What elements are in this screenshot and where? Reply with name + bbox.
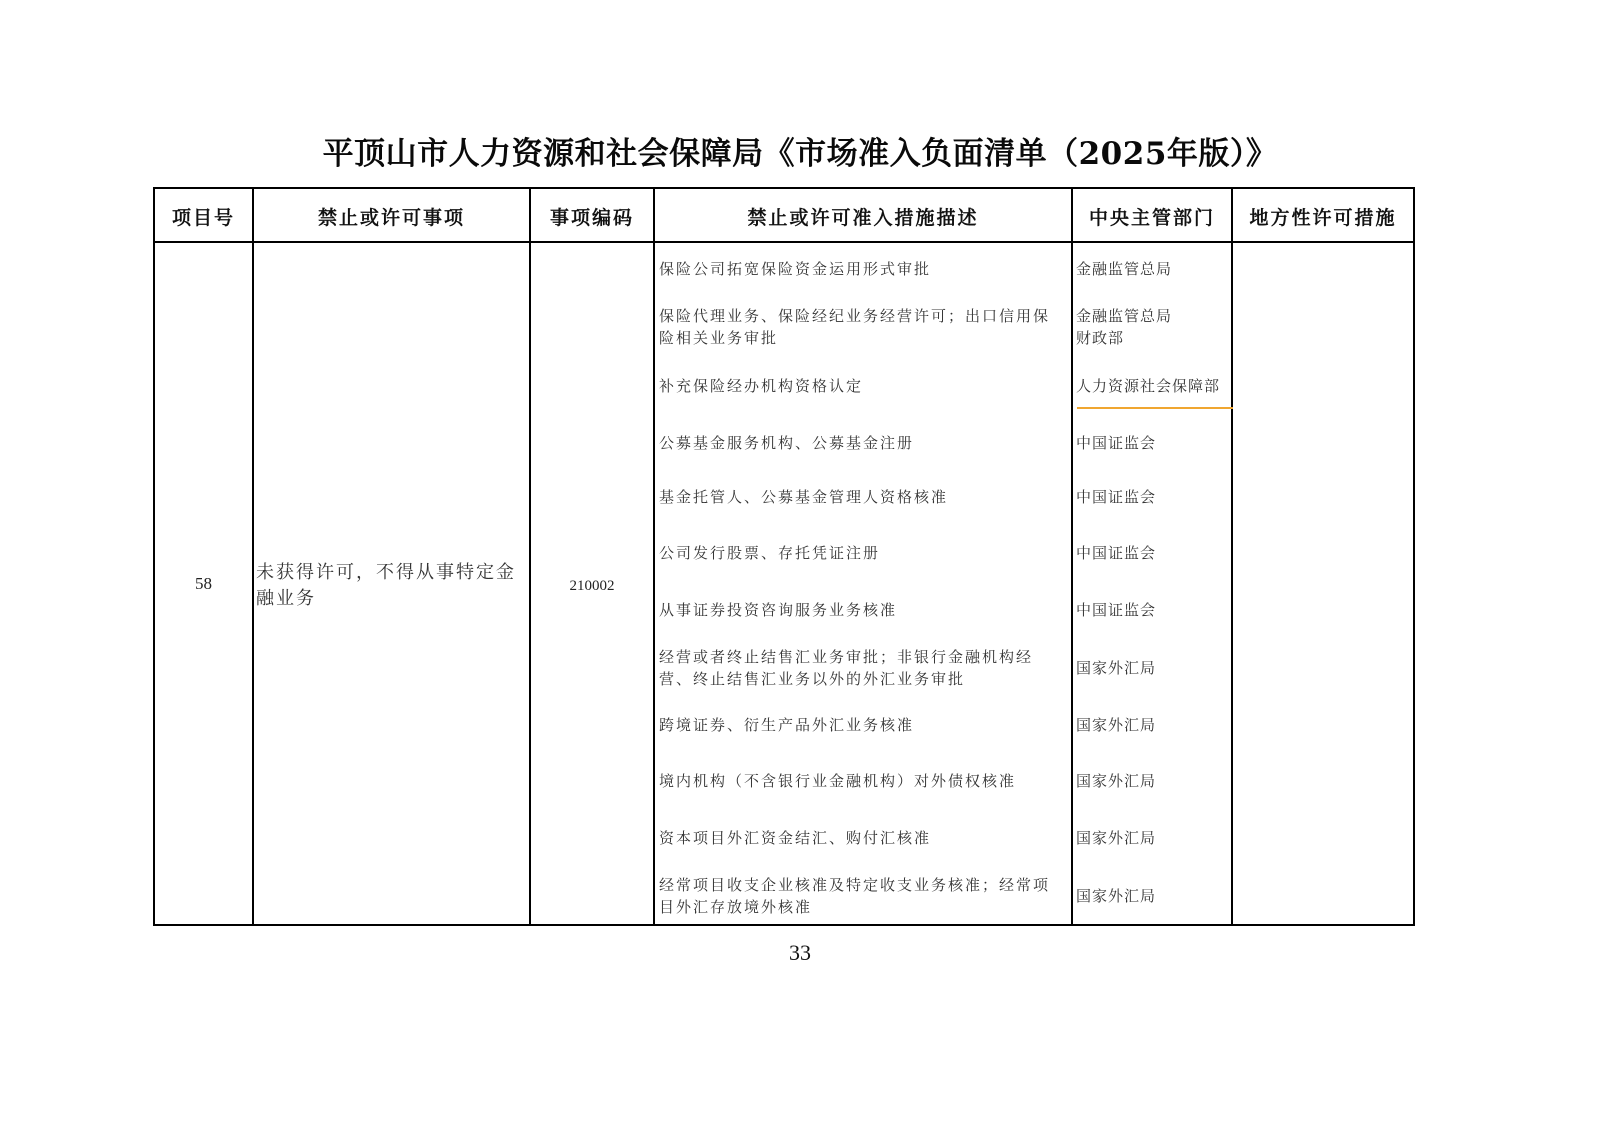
measure-dept: 中国证监会	[1076, 432, 1226, 454]
page-number: 33	[0, 940, 1600, 966]
measure-dept: 国家外汇局	[1076, 657, 1226, 679]
measure-dept: 金融监管总局	[1076, 258, 1226, 280]
measure-desc: 跨境证券、衍生产品外汇业务核准	[659, 714, 1059, 736]
column-divider	[252, 189, 254, 924]
measure-dept: 国家外汇局	[1076, 714, 1226, 736]
item-code: 210002	[531, 575, 653, 597]
measure-dept: 中国证监会	[1076, 599, 1226, 621]
document-title: 平顶山市人力资源和社会保障局《市场准入负面清单（2025年版）》	[0, 128, 1600, 173]
measure-desc: 保险代理业务、保险经纪业务经营许可；出口信用保险相关业务审批	[659, 305, 1059, 349]
measure-desc: 保险公司拓宽保险资金运用形式审批	[659, 258, 1059, 280]
measure-desc: 经常项目收支企业核准及特定收支业务核准；经常项目外汇存放境外核准	[659, 874, 1059, 918]
measure-dept: 国家外汇局	[1076, 827, 1226, 849]
header-item: 禁止或许可事项	[254, 189, 529, 243]
negative-list-table: 项目号 禁止或许可事项 事项编码 禁止或许可准入措施描述 中央主管部门 地方性许…	[153, 187, 1415, 926]
item-description: 未获得许可，不得从事特定金融业务	[256, 560, 520, 612]
measure-dept: 中国证监会	[1076, 542, 1226, 564]
measure-desc: 补充保险经办机构资格认定	[659, 375, 1059, 397]
measure-dept: 人力资源社会保障部	[1076, 375, 1231, 397]
measure-desc: 境内机构（不含银行业金融机构）对外债权核准	[659, 770, 1059, 792]
header-central-dept: 中央主管部门	[1073, 189, 1231, 243]
measure-dept: 国家外汇局	[1076, 885, 1226, 907]
measure-dept: 金融监管总局 财政部	[1076, 305, 1226, 349]
header-local-measures: 地方性许可措施	[1233, 189, 1413, 243]
measure-dept: 国家外汇局	[1076, 770, 1226, 792]
header-item-no: 项目号	[155, 189, 252, 243]
measure-desc: 从事证券投资咨询服务业务核准	[659, 599, 1059, 621]
column-divider	[1231, 189, 1233, 924]
column-divider	[1071, 189, 1073, 924]
item-number: 58	[155, 573, 252, 595]
header-code: 事项编码	[531, 189, 653, 243]
measure-dept: 中国证监会	[1076, 486, 1226, 508]
column-divider	[653, 189, 655, 924]
measure-desc: 资本项目外汇资金结汇、购付汇核准	[659, 827, 1059, 849]
column-divider	[529, 189, 531, 924]
highlight-underline	[1077, 407, 1233, 409]
measure-desc: 公募基金服务机构、公募基金注册	[659, 432, 1059, 454]
measure-desc: 基金托管人、公募基金管理人资格核准	[659, 486, 1059, 508]
header-description: 禁止或许可准入措施描述	[655, 189, 1071, 243]
measure-desc: 公司发行股票、存托凭证注册	[659, 542, 1059, 564]
measure-desc: 经营或者终止结售汇业务审批；非银行金融机构经营、终止结售汇业务以外的外汇业务审批	[659, 646, 1059, 690]
